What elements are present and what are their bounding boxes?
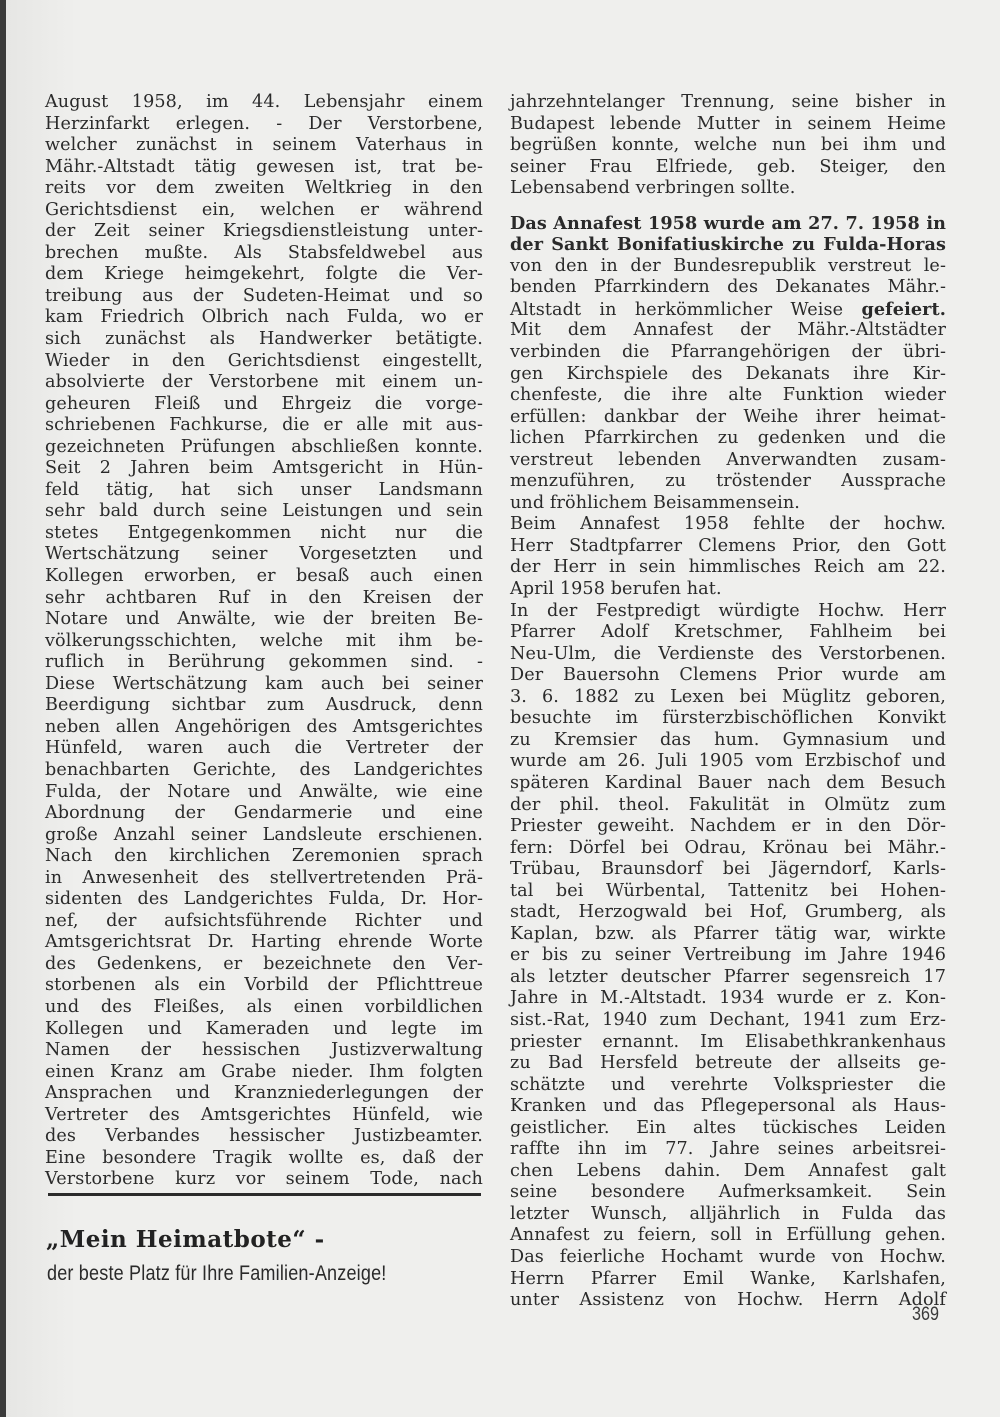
- separator-rule: [48, 1193, 481, 1196]
- text-line: unter Assistenz von Hochw. Herrn Adolf: [510, 1290, 946, 1312]
- text-line: dem Kriege heimgekehrt, folgte die Ver-: [45, 264, 483, 286]
- text-line: lichen Pfarrkirchen zu gedenken und die: [510, 428, 946, 450]
- text-line: Beerdigung sichtbar zum Ausdruck, denn: [45, 695, 483, 717]
- text-line: feld tätig, hat sich unser Landsmann: [45, 480, 483, 502]
- text-line: Neu-Ulm, die Verdienste des Verstorbenen…: [510, 644, 946, 666]
- text-line: sist.-Rat, 1940 zum Dechant, 1941 zum Er…: [510, 1010, 946, 1032]
- text-line: priester ernannt. Im Elisabethkrankenhau…: [510, 1032, 946, 1054]
- text-line: schätzte und verehrte Volkspriester die: [510, 1075, 946, 1097]
- text-line: und fröhlichem Beisammensein.: [510, 493, 946, 515]
- right-column: jahrzehntelanger Trennung, seine bisher …: [510, 92, 946, 1312]
- text-line: Altstadt in herkömmlicher Weise gefeiert…: [510, 299, 946, 321]
- text-line: benden Pfarrkindern des Dekanates Mähr.-: [510, 277, 946, 299]
- text-line: der phil. theol. Fakulität in Olmütz zum: [510, 795, 946, 817]
- text-line: Mit dem Annafest der Mähr.-Altstädter: [510, 320, 946, 342]
- text-line: Namen der hessischen Justizverwaltung: [45, 1040, 483, 1062]
- text-line: fern: Dörfel bei Odrau, Krönau bei Mähr.…: [510, 838, 946, 860]
- text-line: einen Kranz am Grabe nieder. Ihm folgten: [45, 1062, 483, 1084]
- text-line: tal bei Würbental, Tattenitz bei Hohen-: [510, 881, 946, 903]
- text-line: Annafest zu feiern, soll in Erfüllung ge…: [510, 1225, 946, 1247]
- text-line: er bis zu seiner Vertreibung im Jahre 19…: [510, 945, 946, 967]
- text-line: sidenten des Landgerichtes Fulda, Dr. Ho…: [45, 889, 483, 911]
- text-line: storbenen als ein Vorbild der Pflichttre…: [45, 975, 483, 997]
- paragraph-gap: [510, 200, 946, 213]
- text-line: erfüllen: dankbar der Weihe ihrer heimat…: [510, 407, 946, 429]
- text-line: menzuführen, zu tröstender Aussprache: [510, 471, 946, 493]
- text-line: Eine besondere Tragik wollte es, daß der: [45, 1148, 483, 1170]
- text-line: als letzter deutscher Pfarrer segensreic…: [510, 967, 946, 989]
- text-line: völkerungsschichten, welche mit ihm be-: [45, 631, 483, 653]
- text-line: Abordnung der Gendarmerie und eine: [45, 803, 483, 825]
- text-line: Vertreter des Amtsgerichtes Hünfeld, wie: [45, 1105, 483, 1127]
- text-line: gen Kirchspiele des Dekanats ihre Kir-: [510, 364, 946, 386]
- text-line: Kranken und das Pflegepersonal als Haus-: [510, 1096, 946, 1118]
- text-line: besuchte im fürsterzbischöflichen Konvik…: [510, 708, 946, 730]
- left-column: August 1958, im 44. Lebensjahr einemHerz…: [45, 92, 483, 1191]
- text-line: Wertschätzung seiner Vorgesetzten und: [45, 544, 483, 566]
- section-heading-line: Das Annafest 1958 wurde am 27. 7. 1958 i…: [510, 213, 946, 235]
- text-line: chenfeste, die ihre alte Funktion wieder: [510, 385, 946, 407]
- text-line: stadt, Herzogwald bei Hof, Grumberg, als: [510, 902, 946, 924]
- text-line: verstreut lebenden Anverwandten zusam-: [510, 450, 946, 472]
- text-line: welcher zunächst in seinem Vaterhaus in: [45, 135, 483, 157]
- text-line: der Zeit seiner Kriegsdienstleistung unt…: [45, 221, 483, 243]
- text-line: Mähr.-Altstadt tätig gewesen ist, trat b…: [45, 157, 483, 179]
- text-line: Trübau, Braunsdorf bei Jägerndorf, Karls…: [510, 859, 946, 881]
- text-line: schriebenen Fachkurse, die er alle mit a…: [45, 415, 483, 437]
- text-line: raffte ihn im 77. Jahre seines arbeitsre…: [510, 1139, 946, 1161]
- text-line: Der Bauersohn Clemens Prior wurde am: [510, 665, 946, 687]
- text-line: benachbarten Gerichte, des Landgerichtes: [45, 760, 483, 782]
- advertisement-subtitle: der beste Platz für Ihre Familien-Anzeig…: [47, 1262, 386, 1286]
- text-line: Amtsgerichtsrat Dr. Harting ehrende Wort…: [45, 932, 483, 954]
- text-line: Hünfeld, waren auch die Vertreter der: [45, 738, 483, 760]
- text-line: sehr achtbaren Ruf in den Kreisen der: [45, 588, 483, 610]
- text-line: seine besondere Aufmerksamkeit. Sein: [510, 1182, 946, 1204]
- text-line: April 1958 berufen hat.: [510, 579, 946, 601]
- text-line: Notare und Anwälte, wie der breiten Be-: [45, 609, 483, 631]
- text-line: treibung aus der Sudeten-Heimat und so: [45, 286, 483, 308]
- text-line: Herr Stadtpfarrer Clemens Prior, den Got…: [510, 536, 946, 558]
- text-line: Fulda, der Notare und Anwälte, wie eine: [45, 782, 483, 804]
- text-line: 3. 6. 1882 zu Lexen bei Müglitz geboren,: [510, 687, 946, 709]
- text-line: Ansprachen und Kranzniederlegungen der: [45, 1083, 483, 1105]
- text-line: des Gedenkens, er bezeichnete den Ver-: [45, 954, 483, 976]
- text-line: der Herr in sein himmlisches Reich am 22…: [510, 557, 946, 579]
- text-line: wurde am 26. Juli 1905 vom Erzbischof un…: [510, 751, 946, 773]
- text-line: reits vor dem zweiten Weltkrieg in den: [45, 178, 483, 200]
- text-line: Diese Wertschätzung kam auch bei seiner: [45, 674, 483, 696]
- text-line: von den in der Bundesrepublik verstreut …: [510, 256, 946, 278]
- text-line: zu Bad Hersfeld betreute der allseits ge…: [510, 1053, 946, 1075]
- text-line: neben allen Angehörigen des Amtsgerichte…: [45, 717, 483, 739]
- text-line: verbinden die Pfarrangehörigen der übri-: [510, 342, 946, 364]
- text-line: Lebensabend verbringen sollte.: [510, 178, 946, 200]
- text-line: Herzinfarkt erlegen. - Der Verstorbene,: [45, 114, 483, 136]
- text-line: August 1958, im 44. Lebensjahr einem: [45, 92, 483, 114]
- text-line: in Anwesenheit des stellvertretenden Prä…: [45, 868, 483, 890]
- page-number: 369: [912, 1304, 939, 1326]
- section-heading-line: der Sankt Bonifatiuskirche zu Fulda-Hora…: [510, 234, 946, 256]
- text-line: Nach den kirchlichen Zeremonien sprach: [45, 846, 483, 868]
- text-line: große Anzahl seiner Landsleute erschiene…: [45, 825, 483, 847]
- text-line: Wieder in den Gerichtsdienst eingestellt…: [45, 351, 483, 373]
- bold-word: gefeiert.: [861, 299, 946, 320]
- text-line: zu Kremsier das hum. Gymnasium und: [510, 730, 946, 752]
- text-line: Das feierliche Hochamt wurde von Hochw.: [510, 1247, 946, 1269]
- text-line: Kollegen und Kameraden und legte im: [45, 1019, 483, 1041]
- text-line: letzter Wunsch, alljährlich in Fulda das: [510, 1204, 946, 1226]
- text-line: begrüßen konnte, welche nun bei ihm und: [510, 135, 946, 157]
- text-line: jahrzehntelanger Trennung, seine bisher …: [510, 92, 946, 114]
- text-line: Kollegen erworben, er besaß auch einen: [45, 566, 483, 588]
- text-line: geheuren Fleiß und Ehrgeiz die vorge-: [45, 394, 483, 416]
- text-line: geistlicher. Ein altes tückisches Leiden: [510, 1118, 946, 1140]
- text-line: nef, der aufsichtsführende Richter und: [45, 911, 483, 933]
- text-line: Priester geweiht. Nachdem er in den Dör-: [510, 816, 946, 838]
- text-line: Verstorbene kurz vor seinem Tode, nach: [45, 1169, 483, 1191]
- text-line: seiner Frau Elfriede, geb. Steiger, den: [510, 157, 946, 179]
- text-line: Jahre in M.-Altstadt. 1934 wurde er z. K…: [510, 988, 946, 1010]
- text-line: Pfarrer Adolf Kretschmer, Fahlheim bei: [510, 622, 946, 644]
- text-line: gezeichneten Prüfungen abschließen konnt…: [45, 437, 483, 459]
- text-line: sehr bald durch seine Leistungen und sei…: [45, 501, 483, 523]
- text-line: chen Lebens dahin. Dem Annafest galt: [510, 1161, 946, 1183]
- text-line: Seit 2 Jahren beim Amtsgericht in Hün-: [45, 458, 483, 480]
- text-line: stetes Entgegenkommen nicht nur die: [45, 523, 483, 545]
- text-line: Budapest lebende Mutter in seinem Heime: [510, 114, 946, 136]
- text-line: brechen mußte. Als Stabsfeldwebel aus: [45, 243, 483, 265]
- text-line: Beim Annafest 1958 fehlte der hochw.: [510, 514, 946, 536]
- text-line: Herrn Pfarrer Emil Wanke, Karlshafen,: [510, 1269, 946, 1291]
- text-line: Gerichtsdienst ein, welchen er während: [45, 200, 483, 222]
- text-line: sich zunächst als Handwerker betätigte.: [45, 329, 483, 351]
- text-line: In der Festpredigt würdigte Hochw. Herr: [510, 601, 946, 623]
- text-line: absolvierte der Verstorbene mit einem un…: [45, 372, 483, 394]
- text-line: Kaplan, bzw. als Pfarrer tätig war, wirk…: [510, 924, 946, 946]
- text-line: ruflich in Berührung gekommen sind. -: [45, 652, 483, 674]
- text-line: kam Friedrich Olbrich nach Fulda, wo er: [45, 307, 483, 329]
- advertisement-title: „Mein Heimatbote“ -: [46, 1226, 325, 1253]
- text-line: und des Fleißes, als einen vorbildlichen: [45, 997, 483, 1019]
- text-line: späteren Kardinal Bauer nach dem Besuch: [510, 773, 946, 795]
- text-line: des Verbandes hessischer Justizbeamter.: [45, 1126, 483, 1148]
